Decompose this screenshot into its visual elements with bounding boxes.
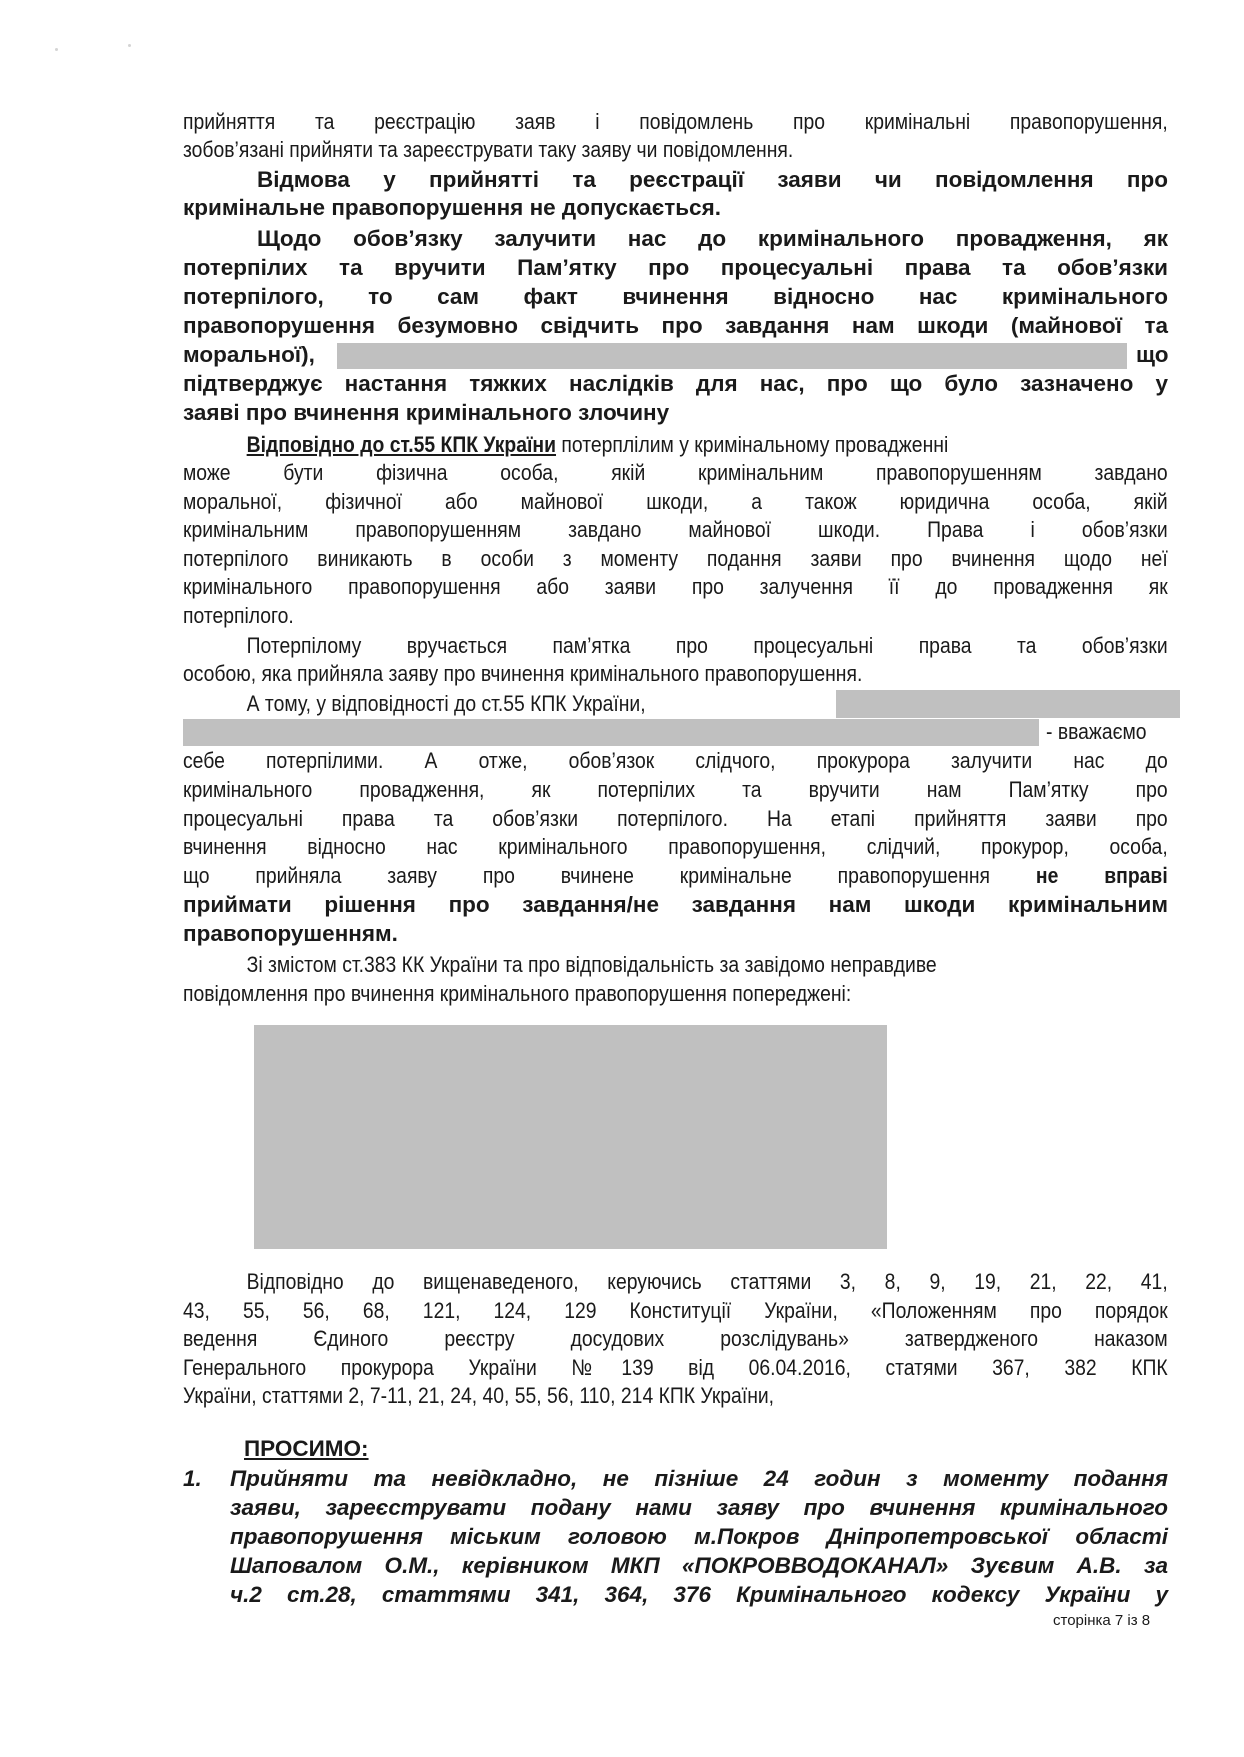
request-item-1-line-5: ч.2 ст.28, статтями 341, 364, 376 Кримін…	[230, 1581, 1168, 1609]
paragraph-3-line-5-start: моральної),	[183, 341, 333, 369]
paragraph-6-line-8: приймати рішення про завдання/не завданн…	[183, 891, 1168, 919]
paragraph-5-line-1: Потерпілому вручається пам’ятка про проц…	[183, 632, 1168, 660]
paragraph-4-line-1: Відповідно до ст.55 КПК України потерплі…	[183, 431, 1168, 459]
redacted-block	[337, 343, 1127, 369]
paragraph-7-line-1: Зі змістом ст.383 КК України та про відп…	[183, 951, 1168, 979]
paragraph-8-line-2: 43, 55, 56, 68, 121, 124, 129 Конституці…	[183, 1297, 1168, 1325]
paragraph-3-line-2: потерпілих та вручити Пам’ятку про проце…	[183, 254, 1168, 282]
paragraph-8-line-1: Відповідно до вищенаведеного, керуючись …	[183, 1268, 1168, 1296]
article-55-reference: Відповідно до ст.55 КПК України	[247, 432, 556, 457]
paragraph-4-line-2: може бути фізична особа, якій кримінальн…	[183, 459, 1168, 487]
document-page: прийняття та реєстрацію заяв і повідомле…	[0, 0, 1244, 1757]
paragraph-3-line-3: потерпілого, то сам факт вчинення віднос…	[183, 283, 1168, 311]
request-heading: ПРОСИМО:	[244, 1435, 444, 1463]
paragraph-6-line-9: правопорушенням.	[183, 920, 1168, 948]
paragraph-1-line-2: зобов’язані прийняти та зареєструвати та…	[183, 136, 1168, 164]
paragraph-4-line-4: кримінальним правопорушенням завдано май…	[183, 516, 1168, 544]
paragraph-4-line-7: потерпілого.	[183, 602, 1168, 630]
redacted-signatures-block	[254, 1025, 887, 1249]
paragraph-2-line-1: Відмова у прийнятті та реєстрації заяви …	[183, 166, 1168, 194]
paragraph-6-line-4: кримінального провадження, як потерпілих…	[183, 776, 1168, 804]
paragraph-3-line-5-end: що	[1136, 341, 1176, 369]
paragraph-6-line-7: що прийняла заяву про вчинене кримінальн…	[183, 862, 1168, 890]
request-item-1-line-4: Шаповалом О.М., керівником МКП «ПОКРОВВО…	[230, 1552, 1168, 1580]
paragraph-4-line-5: потерпілого виникають в особи з моменту …	[183, 545, 1168, 573]
paragraph-3-line-6: підтверджує настання тяжких наслідків дл…	[183, 370, 1168, 398]
paragraph-8-line-5: України, статтями 2, 7-11, 21, 24, 40, 5…	[183, 1382, 1168, 1410]
paragraph-6-line-5: процесуальні права та обов’язки потерпіл…	[183, 805, 1168, 833]
request-item-1-line-2: заяви, зареєструвати подану нами заяву п…	[230, 1494, 1168, 1522]
redacted-name-1	[836, 690, 1180, 718]
paragraph-1-line-1: прийняття та реєстрацію заяв і повідомле…	[183, 108, 1168, 136]
scan-artifact	[50, 40, 150, 60]
paragraph-8-line-3: ведення Єдиного реєстру досудових розслі…	[183, 1325, 1168, 1353]
redacted-name-2	[183, 719, 1039, 746]
paragraph-2-line-2: кримінальне правопорушення не допускаєть…	[183, 194, 1168, 222]
paragraph-3-line-7: заяві про вчинення кримінального злочину	[183, 399, 1168, 427]
paragraph-7-line-2: повідомлення про вчинення кримінального …	[183, 980, 1168, 1008]
paragraph-6-line-3: себе потерпілими. А отже, обов’язок слід…	[183, 747, 1168, 775]
request-item-1-line-3: правопорушення міським головою м.Покров …	[230, 1523, 1168, 1551]
paragraph-6-line-2-tail: - вважаємо	[1046, 718, 1166, 746]
paragraph-5-line-2: особою, яка прийняла заяву про вчинення …	[183, 660, 1168, 688]
paragraph-3-line-1: Щодо обов’язку залучити нас до криміналь…	[183, 225, 1168, 253]
paragraph-8-line-4: Генерального прокурора України №139 від …	[183, 1354, 1168, 1382]
paragraph-3-line-4: правопорушення безумовно свідчить про за…	[183, 312, 1168, 340]
paragraph-4-line-6: кримінального правопорушення або заяви п…	[183, 573, 1168, 601]
paragraph-6-line-6: вчинення відносно нас кримінального прав…	[183, 833, 1168, 861]
request-item-1-line-1: Прийняти та невідкладно, не пізніше 24 г…	[230, 1465, 1168, 1493]
list-item-number: 1.	[183, 1465, 202, 1493]
paragraph-4-line-3: моральної, фізичної або майнової шкоди, …	[183, 488, 1168, 516]
page-number: сторінка 7 із 8	[1053, 1612, 1150, 1630]
